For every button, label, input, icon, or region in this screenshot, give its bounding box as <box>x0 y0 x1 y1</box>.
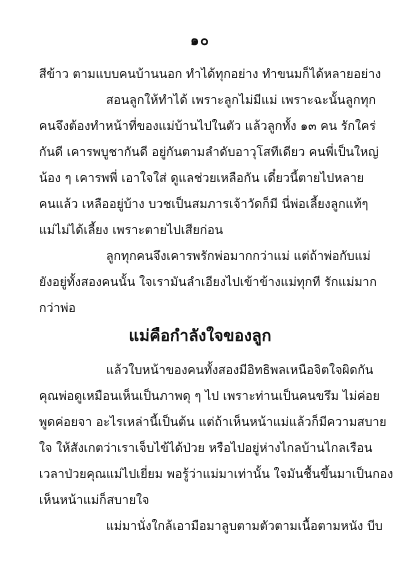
paragraph-line: กันดี เคารพบูชากันดี อยู่กันตามลำดับอาวุ… <box>39 144 364 160</box>
paragraph-line: ใจ ให้สังเกตว่าเราเจ็บไข้ได้ป่วย หรือไปอ… <box>39 440 364 456</box>
paragraph-line: คุณพ่อดูเหมือนเห็นเป็นภาพดุ ๆ ไป เพราะท่… <box>39 388 364 404</box>
paragraph-line: ลูกทุกคนจึงเคารพรักพ่อมากกว่าแม่ แต่ถ้าพ… <box>106 248 364 264</box>
paragraph-line: คนจึงต้องทำหน้าที่ของแม่บ้านไปในตัว แล้ว… <box>39 118 364 134</box>
document-page: ๑๐ สีข้าว ตามแบบคนบ้านนอก ทำได้ทุกอย่าง … <box>0 0 400 569</box>
paragraph-line: ยังอยู่ทั้งสองคนนั้น ใจเรามันลำเอียงไปเข… <box>39 274 364 290</box>
paragraph-line: แม่ไม่ได้เลี้ยง เพราะตายไปเสียก่อน <box>39 222 364 238</box>
paragraph-line: แม่มานั่งใกล้เอามือมาลูบตามตัวตามเนื้อตา… <box>106 518 364 534</box>
paragraph-line: คนแล้ว เหลืออยู่บ้าง บวชเป็นสมภารเจ้าวัด… <box>39 196 364 212</box>
paragraph-line: กว่าพ่อ <box>39 300 364 316</box>
paragraph-line: เวลาป่วยคุณแม่ไปเยี่ยม พอรู้ว่าแม่มาเท่า… <box>39 466 364 482</box>
paragraph-line: พูดค่อยจา อะไรเหล่านี้เป็นต้น แต่ถ้าเห็น… <box>39 414 364 430</box>
paragraph-line: แล้วใบหน้าของคนทั้งสองมีอิทธิพลเหนือจิตใ… <box>106 362 364 378</box>
paragraph-line: สอนลูกให้ทำได้ เพราะลูกไม่มีแม่ เพราะฉะน… <box>106 92 364 108</box>
paragraph-line: สีข้าว ตามแบบคนบ้านนอก ทำได้ทุกอย่าง ทำข… <box>39 66 364 82</box>
page-number: ๑๐ <box>0 30 400 52</box>
paragraph-line: เห็นหน้าแม่ก็สบายใจ <box>39 492 364 508</box>
paragraph-line: น้อง ๆ เคารพพี่ เอาใจใส่ ดูแลช่วยเหลือกั… <box>39 170 364 186</box>
section-heading: แม่คือกำลังใจของลูก <box>0 326 400 346</box>
